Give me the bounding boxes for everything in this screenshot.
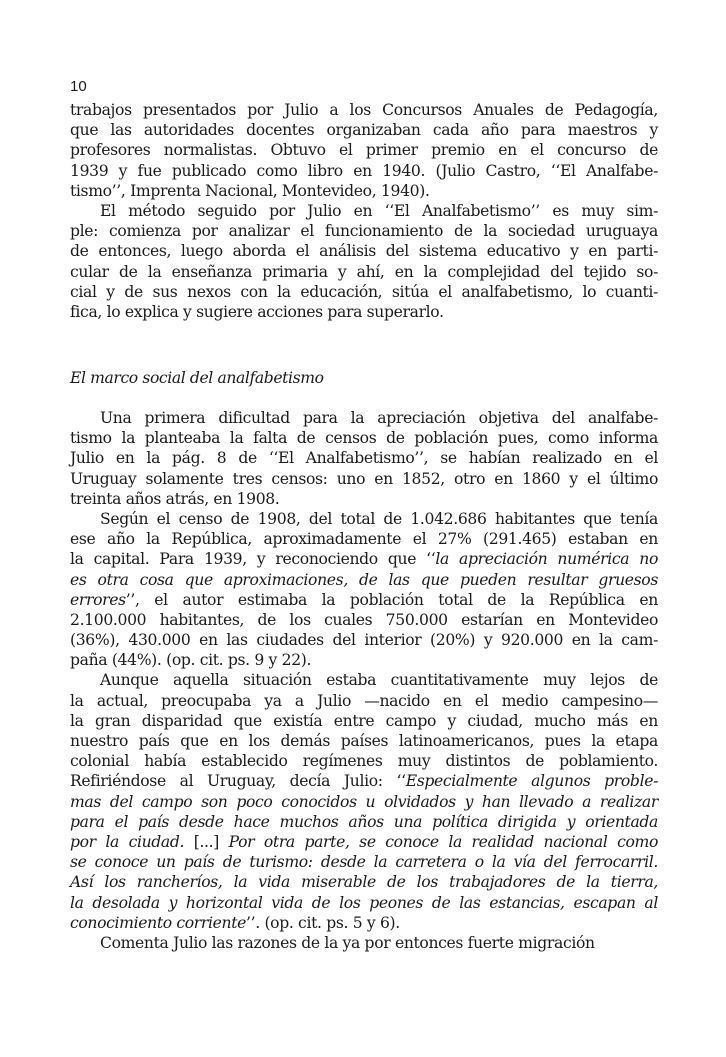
text-run: fica, lo explica y sugiere acciones para… (70, 303, 444, 321)
italic-text: Especialmente algunos proble- (406, 772, 658, 790)
text-run: profesores normalistas. Obtuvo el primer… (70, 141, 658, 159)
intro-paragraphs: trabajos presentados por Julio a los Con… (70, 100, 658, 322)
text-line: nuestro país que en los demás países lat… (70, 731, 658, 751)
paragraph: Según el censo de 1908, del total de 1.0… (70, 509, 658, 671)
text-run: de entonces, luego aborda el análisis de… (70, 242, 658, 260)
text-run: la gran disparidad que existía entre cam… (70, 712, 658, 730)
italic-text: la apreciación numérica no (435, 550, 658, 568)
text-run: que las autoridades docentes organizaban… (70, 121, 658, 139)
paragraph: Una primera dificultad para la apreciaci… (70, 408, 658, 509)
text-line: errores’’, el autor estimaba la població… (70, 590, 658, 610)
italic-text: para el país desde hace muchos años una … (70, 813, 658, 831)
text-line: que las autoridades docentes organizaban… (70, 120, 658, 140)
text-run: cular de la enseñanza primaria y ahí, en… (70, 263, 658, 281)
italic-text: Así los rancheríos, la vida miserable de… (70, 873, 658, 891)
text-line: tismo’’, Imprenta Nacional, Montevideo, … (70, 181, 658, 201)
text-run: la capital. Para 1939, y reconociendo qu… (70, 550, 435, 568)
text-line: la gran disparidad que existía entre cam… (70, 711, 658, 731)
text-line: trabajos presentados por Julio a los Con… (70, 100, 658, 120)
italic-text: mas del campo son poco conocidos u olvid… (70, 793, 658, 811)
text-run: trabajos presentados por Julio a los Con… (70, 101, 658, 119)
text-line: la capital. Para 1939, y reconociendo qu… (70, 549, 658, 569)
text-run: Refiriéndose al Uruguay, decía Julio: ‘‘ (70, 772, 406, 790)
text-line: colonial había establecido regímenes muy… (70, 751, 658, 771)
text-line: Así los rancheríos, la vida miserable de… (70, 872, 658, 892)
italic-text: Por otra parte, se conoce la realidad na… (229, 833, 658, 851)
italic-text: se conoce un país de turismo: desde la c… (70, 853, 658, 871)
text-run: Según el censo de 1908, del total de 1.0… (100, 510, 658, 528)
text-line: fica, lo explica y sugiere acciones para… (70, 302, 658, 322)
text-line: ple: comienza por analizar el funcionami… (70, 221, 658, 241)
text-run: Julio en la pág. 8 de ‘‘El Analfabetismo… (70, 449, 658, 467)
text-run: colonial había establecido regímenes muy… (70, 752, 658, 770)
text-line: la actual, preocupaba ya a Julio —nacido… (70, 691, 658, 711)
text-run: El método seguido por Julio en ‘‘El Anal… (100, 202, 658, 220)
text-run: paña (44%). (op. cit. ps. 9 y 22). (70, 651, 311, 669)
text-run: ese año la República, aproximadamente el… (70, 530, 658, 548)
text-line: paña (44%). (op. cit. ps. 9 y 22). (70, 650, 658, 670)
text-run: Una primera dificultad para la apreciaci… (100, 409, 658, 427)
text-line: se conoce un país de turismo: desde la c… (70, 852, 658, 872)
text-run: la actual, preocupaba ya a Julio —nacido… (70, 692, 658, 710)
italic-text: conocimiento corriente (70, 914, 246, 932)
text-run: Comenta Julio las razones de la ya por e… (100, 934, 595, 952)
text-line: profesores normalistas. Obtuvo el primer… (70, 140, 658, 160)
text-line: Comenta Julio las razones de la ya por e… (70, 933, 658, 953)
text-line: por la ciudad. [...] Por otra parte, se … (70, 832, 658, 852)
text-run: ’’. (op. cit. ps. 5 y 6). (246, 914, 400, 932)
text-line: Uruguay solamente tres censos: uno en 18… (70, 469, 658, 489)
text-line: 1939 y fue publicado como libro en 1940.… (70, 161, 658, 181)
text-run: nuestro país que en los demás países lat… (70, 732, 658, 750)
text-run: ple: comienza por analizar el funcionami… (70, 222, 658, 240)
italic-text: la desolada y horizontal vida de los peo… (70, 894, 658, 912)
text-line: conocimiento corriente’’. (op. cit. ps. … (70, 913, 658, 933)
text-line: mas del campo son poco conocidos u olvid… (70, 792, 658, 812)
text-line: Aunque aquella situación estaba cuantita… (70, 670, 658, 690)
italic-text: errores (70, 591, 126, 609)
page-number: 10 (70, 79, 87, 95)
section-paragraphs: Una primera dificultad para la apreciaci… (70, 408, 658, 953)
text-run: Aunque aquella situación estaba cuantita… (100, 671, 658, 689)
text-line: (36%), 430.000 en las ciudades del inter… (70, 630, 658, 650)
text-line: El método seguido por Julio en ‘‘El Anal… (70, 201, 658, 221)
italic-text: es otra cosa que aproximaciones, de las … (70, 571, 658, 589)
paragraph: Aunque aquella situación estaba cuantita… (70, 670, 658, 932)
text-run: tismo’’, Imprenta Nacional, Montevideo, … (70, 182, 430, 200)
text-run: (36%), 430.000 en las ciudades del inter… (70, 631, 658, 649)
text-line: es otra cosa que aproximaciones, de las … (70, 570, 658, 590)
text-line: cial y de sus nexos con la educación, si… (70, 282, 658, 302)
paragraph: Comenta Julio las razones de la ya por e… (70, 933, 658, 953)
text-run: [...] (184, 833, 229, 851)
text-line: cular de la enseñanza primaria y ahí, en… (70, 262, 658, 282)
italic-text: por la ciudad. (70, 833, 184, 851)
text-run: Uruguay solamente tres censos: uno en 18… (70, 470, 658, 488)
text-line: treinta años atrás, en 1908. (70, 489, 658, 509)
text-run: treinta años atrás, en 1908. (70, 490, 280, 508)
text-line: la desolada y horizontal vida de los peo… (70, 893, 658, 913)
paragraph: trabajos presentados por Julio a los Con… (70, 100, 658, 201)
text-line: para el país desde hace muchos años una … (70, 812, 658, 832)
text-run: cial y de sus nexos con la educación, si… (70, 283, 658, 301)
text-run: 1939 y fue publicado como libro en 1940.… (70, 162, 658, 180)
text-run: 2.100.000 habitantes, de los cuales 750.… (70, 611, 658, 629)
text-line: Según el censo de 1908, del total de 1.0… (70, 509, 658, 529)
text-line: 2.100.000 habitantes, de los cuales 750.… (70, 610, 658, 630)
text-run: tismo la planteaba la falta de censos de… (70, 429, 658, 447)
text-line: Refiriéndose al Uruguay, decía Julio: ‘‘… (70, 771, 658, 791)
text-run: ’’, el autor estimaba la población total… (126, 591, 658, 609)
text-line: Una primera dificultad para la apreciaci… (70, 408, 658, 428)
section-heading: El marco social del analfabetismo (70, 368, 324, 388)
text-line: tismo la planteaba la falta de censos de… (70, 428, 658, 448)
text-line: de entonces, luego aborda el análisis de… (70, 241, 658, 261)
text-line: ese año la República, aproximadamente el… (70, 529, 658, 549)
text-line: Julio en la pág. 8 de ‘‘El Analfabetismo… (70, 448, 658, 468)
paragraph: El método seguido por Julio en ‘‘El Anal… (70, 201, 658, 322)
